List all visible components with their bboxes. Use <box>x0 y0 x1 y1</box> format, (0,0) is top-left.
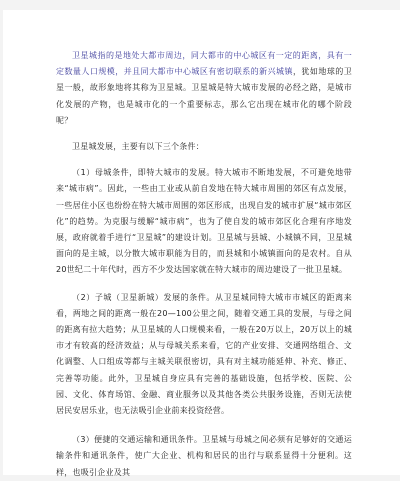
conditions-heading: 卫星城发展，主要有以下三个条件： <box>56 139 352 155</box>
condition-paragraph-2: （2）子城（卫星新城）发展的条件。从卫星城同特大城市市城区的距离来看，两地之间的… <box>56 290 352 420</box>
condition-paragraph-3: （3）便捷的交通运输和通讯条件。卫星城与母城之间必须有足够好的交通运输条件和通讯… <box>56 432 352 475</box>
document-page: 卫星城指的是地处大都市周边，同大都市的中心城区有一定的距离，具有一定数量人口规模… <box>3 10 400 475</box>
spacer <box>56 129 352 139</box>
document-body: 卫星城指的是地处大都市周边，同大都市的中心城区有一定的距离，具有一定数量人口规模… <box>56 48 352 475</box>
spacer <box>56 419 352 432</box>
intro-paragraph: 卫星城指的是地处大都市周边，同大都市的中心城区有一定的距离，具有一定数量人口规模… <box>56 48 352 129</box>
spacer <box>56 279 352 290</box>
condition-paragraph-1: （1）母城条件，即特大城市的发展。特大城市不断地发展，不可避免地带来“城市病”。… <box>56 165 352 278</box>
spacer <box>56 155 352 165</box>
